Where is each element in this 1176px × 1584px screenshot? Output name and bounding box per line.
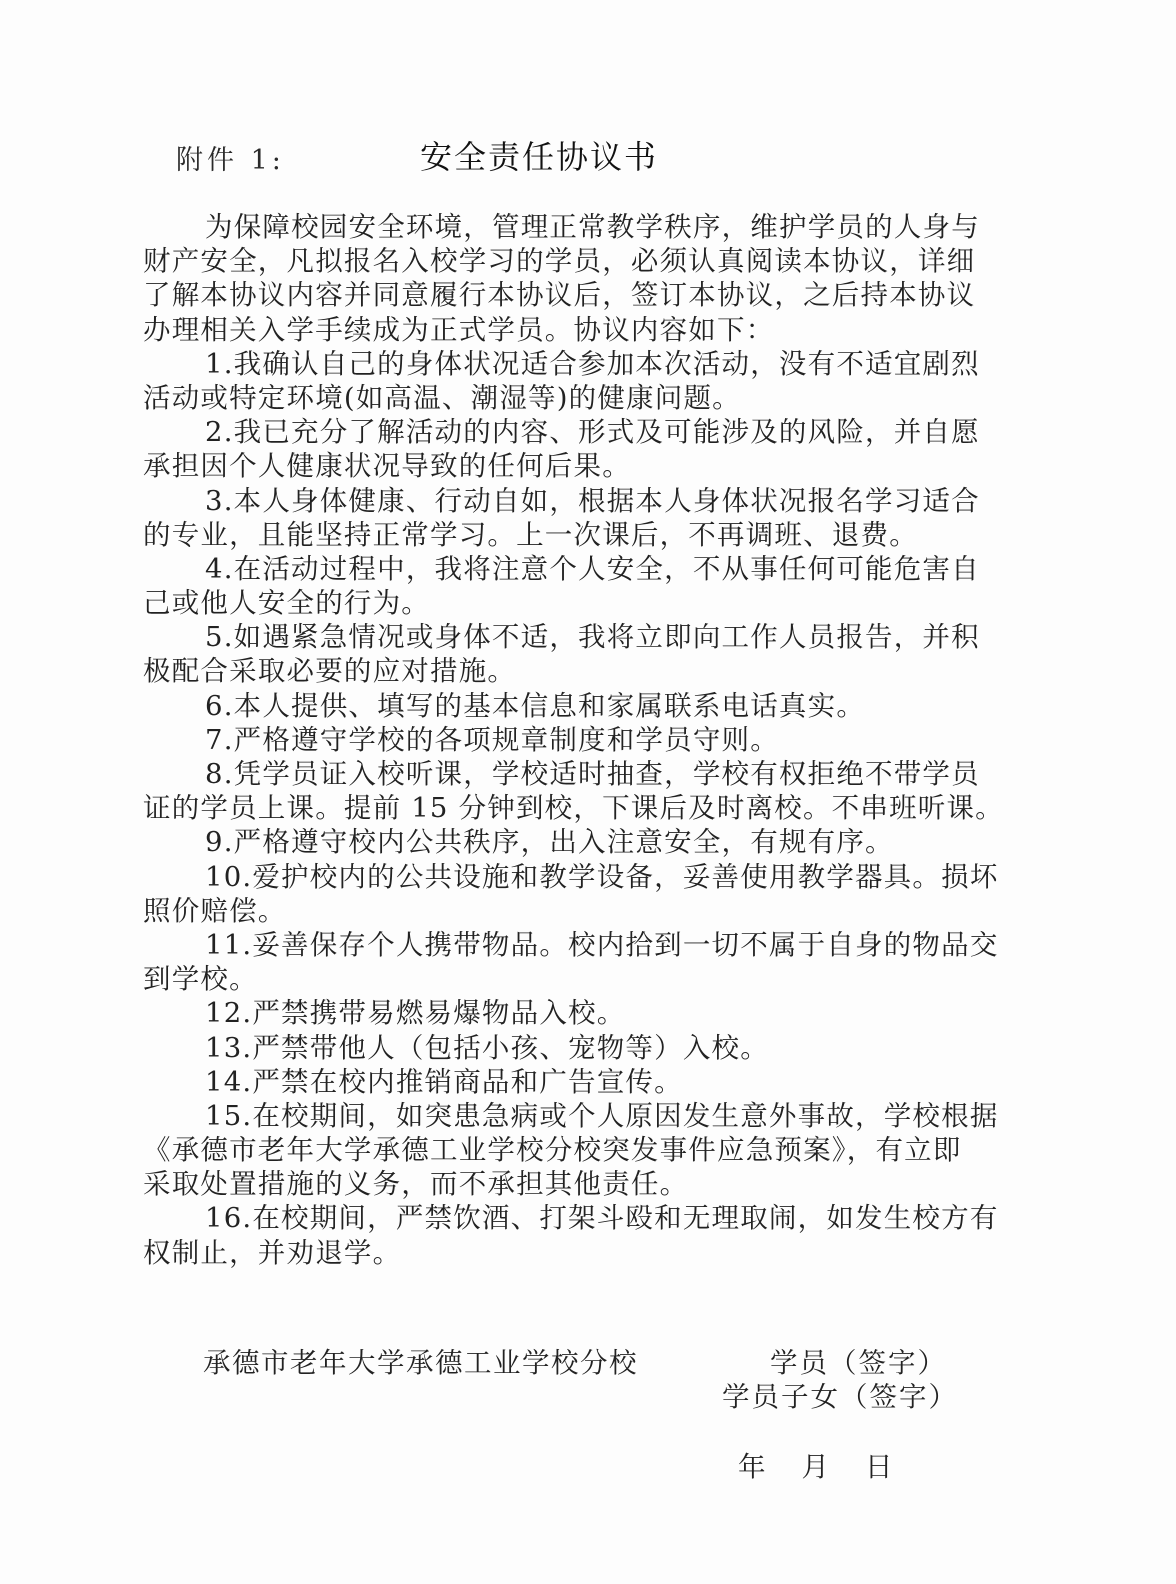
clause-1-line: 活动或特定环境(如高温、潮湿等)的健康问题。 <box>143 381 1063 415</box>
clause-10-line: 照价赔偿。 <box>143 894 1063 928</box>
attachment-label: 附件 1: <box>176 138 285 177</box>
clause-10-line: 10.爱护校内的公共设施和教学设备，妥善使用教学器具。损坏 <box>143 860 1063 894</box>
clause-2-line: 承担因个人健康状况导致的任何后果。 <box>143 449 1063 483</box>
clause-6-line: 6.本人提供、填写的基本信息和家属联系电话真实。 <box>143 689 1063 723</box>
clause-8-line: 证的学员上课。提前 15 分钟到校，下课后及时离校。不串班听课。 <box>143 791 1063 825</box>
document-title: 安全责任协议书 <box>420 132 658 178</box>
body-line: 办理相关入学手续成为正式学员。协议内容如下： <box>143 313 1063 347</box>
clause-13-line: 13.严禁带他人（包括小孩、宠物等）入校。 <box>143 1031 1063 1065</box>
body-line: 为保障校园安全环境，管理正常教学秩序，维护学员的人身与 <box>143 210 1063 244</box>
body-line: 财产安全，凡拟报名入校学习的学员，必须认真阅读本协议，详细 <box>143 244 1063 278</box>
clause-15-line: 《承德市老年大学承德工业学校分校突发事件应急预案》，有立即 <box>143 1133 1063 1167</box>
date-day-label: 日 <box>865 1444 893 1484</box>
clause-4-line: 己或他人安全的行为。 <box>143 586 1063 620</box>
clause-16-line: 权制止，并劝退学。 <box>143 1236 1063 1270</box>
clause-3-line: 的专业，且能坚持正常学习。上一次课后，不再调班、退费。 <box>143 518 1063 552</box>
date-year-label: 年 <box>738 1444 766 1484</box>
clause-12-line: 12.严禁携带易燃易爆物品入校。 <box>143 996 1063 1030</box>
date-month-label: 月 <box>802 1444 830 1484</box>
agreement-body: 为保障校园安全环境，管理正常教学秩序，维护学员的人身与 财产安全，凡拟报名入校学… <box>143 210 1063 1270</box>
clause-15-line: 采取处置措施的义务，而不承担其他责任。 <box>143 1167 1063 1201</box>
clause-5-line: 5.如遇紧急情况或身体不适，我将立即向工作人员报告，并积 <box>143 620 1063 654</box>
document-page: 附件 1: 安全责任协议书 为保障校园安全环境，管理正常教学秩序，维护学员的人身… <box>0 0 1176 1584</box>
date-line: 年月日 <box>738 1444 893 1484</box>
child-signature-label: 学员子女（签字） <box>722 1374 958 1414</box>
clause-16-line: 16.在校期间，严禁饮酒、打架斗殴和无理取闹，如发生校方有 <box>143 1201 1063 1235</box>
clause-9-line: 9.严格遵守校内公共秩序，出入注意安全，有规有序。 <box>143 825 1063 859</box>
clause-11-line: 到学校。 <box>143 962 1063 996</box>
clause-11-line: 11.妥善保存个人携带物品。校内拾到一切不属于自身的物品交 <box>143 928 1063 962</box>
clause-7-line: 7.严格遵守学校的各项规章制度和学员守则。 <box>143 723 1063 757</box>
clause-14-line: 14.严禁在校内推销商品和广告宣传。 <box>143 1065 1063 1099</box>
signature-organization: 承德市老年大学承德工业学校分校 <box>203 1340 638 1380</box>
clause-5-line: 极配合采取必要的应对措施。 <box>143 654 1063 688</box>
clause-2-line: 2.我已充分了解活动的内容、形式及可能涉及的风险，并自愿 <box>143 415 1063 449</box>
clause-4-line: 4.在活动过程中，我将注意个人安全，不从事任何可能危害自 <box>143 552 1063 586</box>
clause-3-line: 3.本人身体健康、行动自如，根据本人身体状况报名学习适合 <box>143 484 1063 518</box>
clause-8-line: 8.凭学员证入校听课，学校适时抽查，学校有权拒绝不带学员 <box>143 757 1063 791</box>
body-line: 了解本协议内容并同意履行本协议后，签订本协议，之后持本协议 <box>143 278 1063 312</box>
clause-15-line: 15.在校期间，如突患急病或个人原因发生意外事故，学校根据 <box>143 1099 1063 1133</box>
clause-1-line: 1.我确认自己的身体状况适合参加本次活动，没有不适宜剧烈 <box>143 347 1063 381</box>
